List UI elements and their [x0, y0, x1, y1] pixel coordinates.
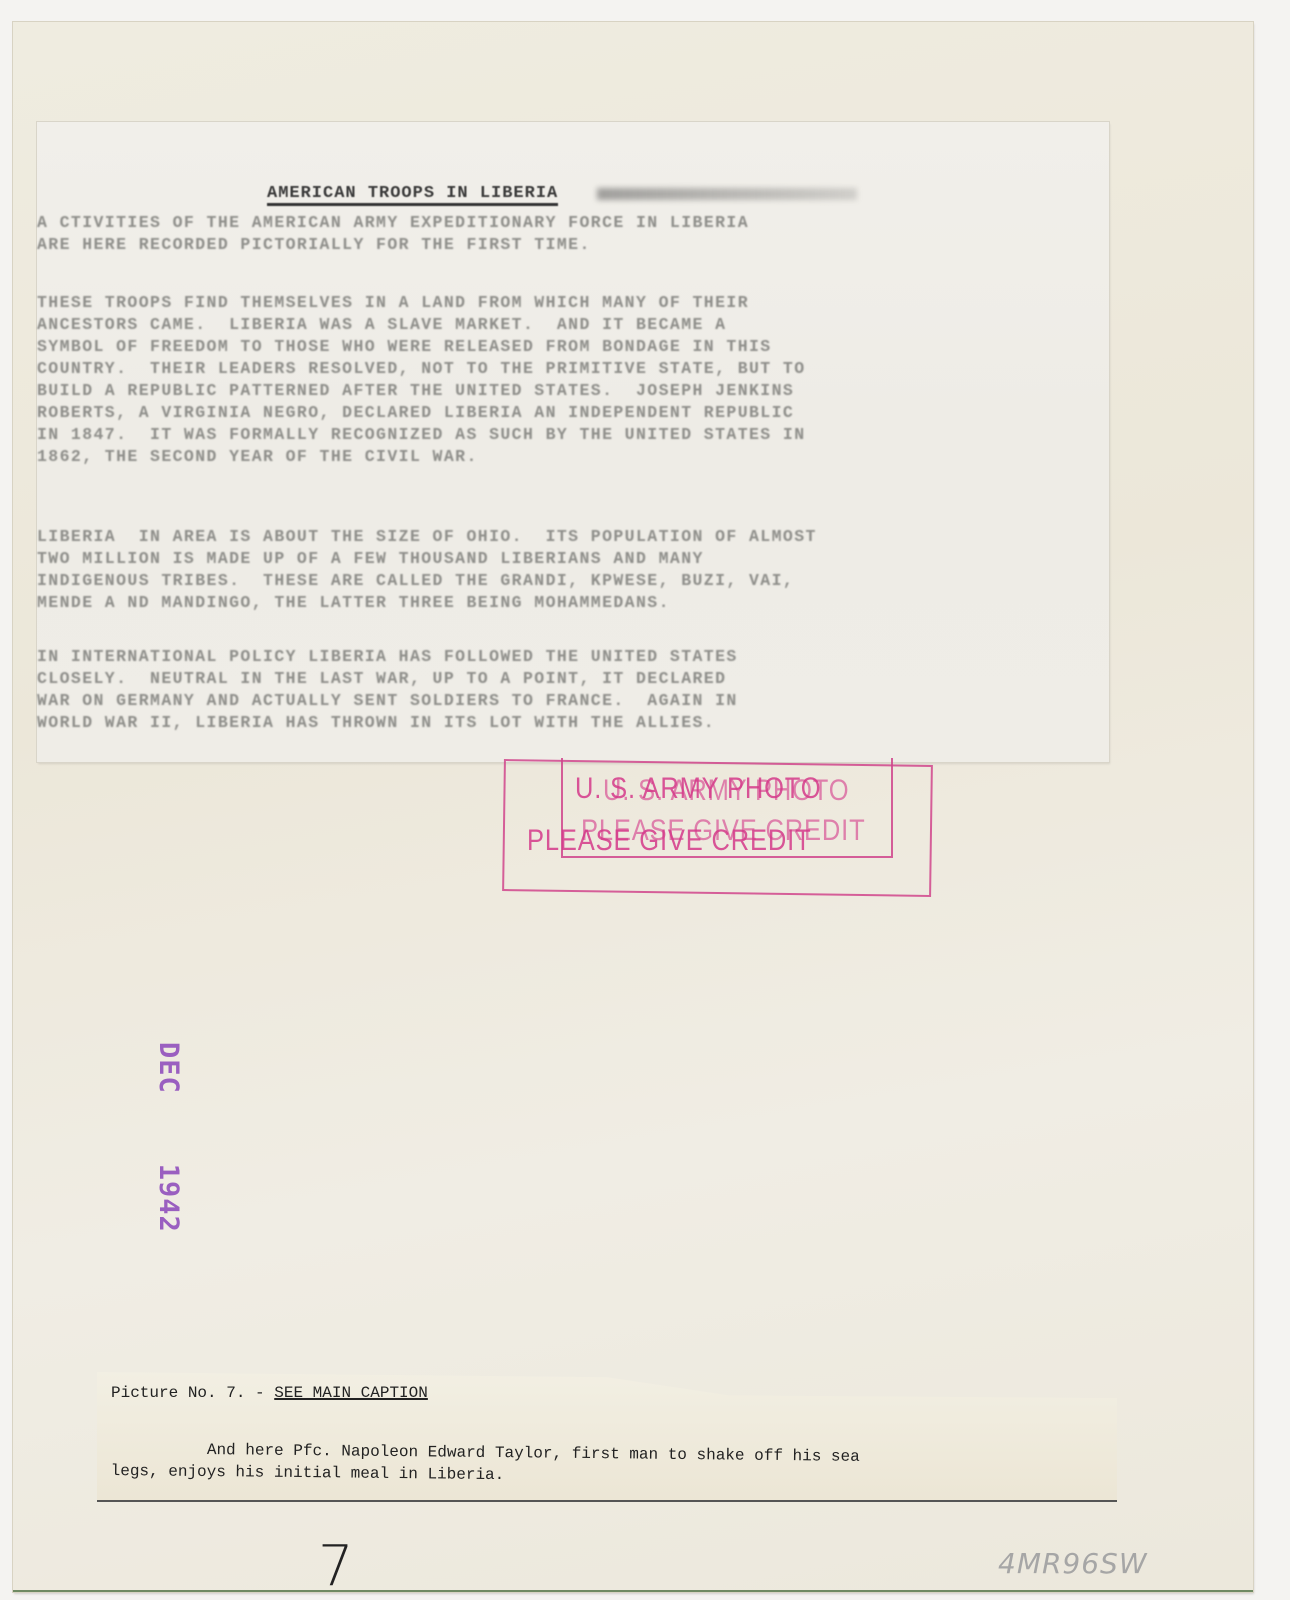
release-title: AMERICAN TROOPS IN LIBERIA [267, 184, 558, 206]
date-stamp: DEC1942 [153, 1042, 184, 1233]
handwritten-number: 7 [318, 1534, 354, 1599]
date-stamp-year: 1942 [153, 1164, 184, 1233]
army-photo-credit-stamp: U. S. ARMY PHOTO U. S. ARMY PHOTO PLEASE… [503, 762, 933, 897]
release-paragraph-3: LIBERIA IN AREA IS ABOUT THE SIZE OF OHI… [37, 526, 1109, 614]
date-stamp-month: DEC [153, 1042, 184, 1094]
pencil-inventory-code: 4MR96SW [998, 1547, 1148, 1580]
photo-back-sheet: AMERICAN TROOPS IN LIBERIA A CTIVITIES O… [13, 22, 1253, 1592]
stamp-line-army-photo-ghost: U. S. ARMY PHOTO [603, 774, 849, 808]
release-paragraph-2: THESE TROOPS FIND THEMSELVES IN A LAND F… [37, 292, 1109, 468]
release-paragraph-1: A CTIVITIES OF THE AMERICAN ARMY EXPEDIT… [37, 212, 1109, 256]
caption-picture-number: Picture No. 7. - [111, 1384, 274, 1402]
picture-caption-slip: Picture No. 7. - SEE MAIN CAPTION And he… [97, 1372, 1117, 1502]
ink-smear [597, 188, 857, 200]
press-release-slip: AMERICAN TROOPS IN LIBERIA A CTIVITIES O… [37, 122, 1109, 762]
caption-see-main-caption: SEE MAIN CAPTION [274, 1384, 428, 1402]
caption-heading: Picture No. 7. - SEE MAIN CAPTION [111, 1384, 428, 1402]
release-paragraph-4: IN INTERNATIONAL POLICY LIBERIA HAS FOLL… [37, 646, 1109, 734]
caption-body: And here Pfc. Napoleon Edward Taylor, fi… [111, 1438, 860, 1490]
stamp-line-give-credit-ghost: PLEASE GIVE CREDIT [581, 814, 866, 848]
